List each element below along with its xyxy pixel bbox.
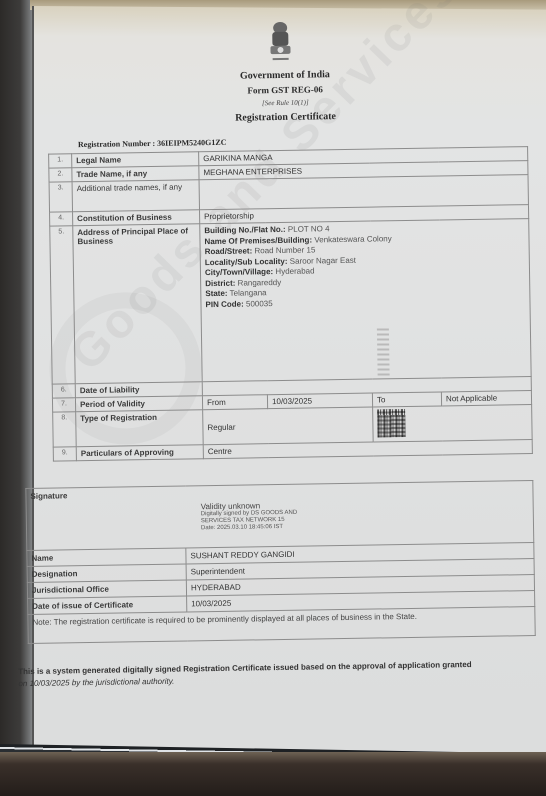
row-number: 9. bbox=[53, 447, 76, 461]
qr-code-icon bbox=[377, 409, 405, 437]
locality-value: Saroor Nagar East bbox=[290, 255, 356, 265]
signature-table: Signature Validity unknown Digitally sig… bbox=[25, 480, 535, 644]
signature-row: Signature Validity unknown Digitally sig… bbox=[26, 481, 534, 551]
row-number: 7. bbox=[52, 398, 75, 412]
background-surface bbox=[0, 752, 546, 796]
row-number: 2. bbox=[49, 168, 72, 182]
row-number: 3. bbox=[49, 182, 72, 212]
row-number: 6. bbox=[52, 384, 75, 398]
address-value: Building No./Flat No.: PLOT NO 4 Name Of… bbox=[200, 219, 531, 382]
row-number: 1. bbox=[49, 154, 72, 168]
footer-statement: This is a system generated digitally sig… bbox=[18, 658, 538, 690]
barcode-strip-icon bbox=[377, 328, 390, 378]
digital-signature-block: Validity unknown Digitally signed by DS … bbox=[201, 497, 529, 532]
row-number: 8. bbox=[53, 412, 77, 447]
row-number: 5. bbox=[50, 226, 75, 384]
type-of-registration-label: Type of Registration bbox=[76, 410, 204, 447]
row-number: 4. bbox=[50, 212, 73, 226]
validity-to-label: To bbox=[372, 392, 441, 407]
ashoka-emblem-icon bbox=[264, 20, 297, 64]
additional-trade-names-label: Additional trade names, if any bbox=[72, 180, 199, 212]
premises-label: Name Of Premises/Building: bbox=[204, 235, 312, 246]
locality-label: Locality/Sub Locality: bbox=[205, 256, 288, 266]
pin-label: PIN Code: bbox=[205, 299, 243, 309]
validity-from-label: From bbox=[202, 395, 267, 410]
state-label: State: bbox=[205, 289, 227, 298]
district-value: Rangareddy bbox=[238, 277, 282, 287]
pin-value: 500035 bbox=[246, 299, 273, 308]
address-label: Address of Principal Place of Business bbox=[73, 224, 202, 384]
city-value: Hyderabad bbox=[275, 266, 314, 276]
district-label: District: bbox=[205, 278, 235, 287]
road-value: Road Number 15 bbox=[254, 245, 315, 255]
type-of-registration-value: Regular bbox=[203, 407, 374, 445]
table-row: 5. Address of Principal Place of Busines… bbox=[50, 219, 531, 385]
certificate-content: Goods and Services Tax Government of Ind… bbox=[0, 0, 546, 796]
building-label: Building No./Flat No.: bbox=[204, 225, 285, 235]
signature-cell: Signature Validity unknown Digitally sig… bbox=[26, 481, 534, 551]
registration-details-table: 1. Legal Name GARIKINA MANGA 2. Trade Na… bbox=[48, 146, 533, 462]
premises-value: Venkateswara Colony bbox=[314, 234, 392, 244]
validity-to-value: Not Applicable bbox=[441, 391, 531, 406]
approving-label: Particulars of Approving bbox=[76, 445, 203, 461]
state-value: Telangana bbox=[230, 288, 267, 298]
building-value: PLOT NO 4 bbox=[288, 224, 330, 234]
city-label: City/Town/Village: bbox=[205, 267, 273, 277]
road-label: Road/Street: bbox=[205, 246, 253, 256]
registration-number: Registration Number : 36IEIPM5240G1ZC bbox=[78, 138, 227, 149]
